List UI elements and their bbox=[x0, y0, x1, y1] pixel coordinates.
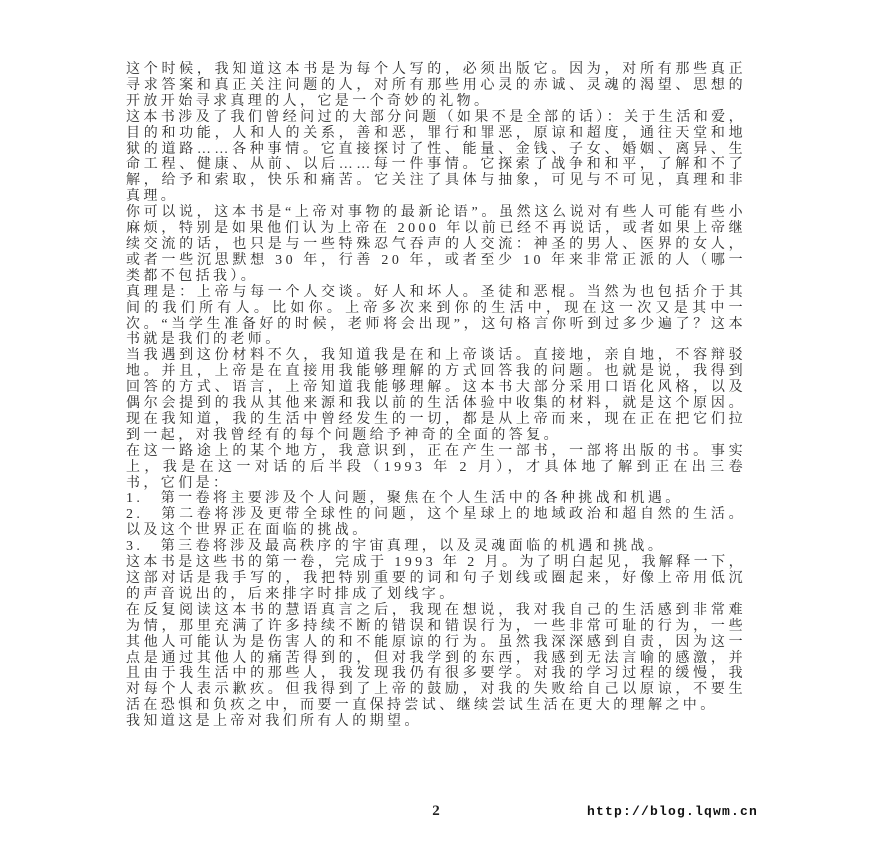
paragraph: 这个时候，我知道这本书是为每个人写的，必须出版它。因为，对所有那些真正寻求答案和… bbox=[126, 62, 746, 110]
page-number: 2 bbox=[424, 803, 448, 820]
document-page: 这个时候，我知道这本书是为每个人写的，必须出版它。因为，对所有那些真正寻求答案和… bbox=[0, 0, 870, 842]
paragraph: 在反复阅读这本书的慧语真言之后，我现在想说，我对我自己的生活感到非常难为情，那里… bbox=[126, 603, 746, 714]
body-text: 这个时候，我知道这本书是为每个人写的，必须出版它。因为，对所有那些真正寻求答案和… bbox=[126, 62, 746, 730]
paragraph: 2. 第二卷将涉及更带全球性的问题，这个星球上的地域政治和超自然的生活。以及这个… bbox=[126, 507, 746, 539]
paragraph: 真理是：上帝与每一个人交谈。好人和坏人。圣徒和恶棍。当然为也包括介于其间的我们所… bbox=[126, 285, 746, 349]
paragraph: 你可以说，这本书是“上帝对事物的最新论语”。虽然这么说对有些人可能有些小麻烦，特… bbox=[126, 205, 746, 285]
paragraph: 这本书涉及了我们曾经问过的大部分问题（如果不是全部的话）：关于生活和爱，目的和功… bbox=[126, 110, 746, 205]
paragraph: 我知道这是上帝对我们所有人的期望。 bbox=[126, 714, 746, 730]
footer-url-link[interactable]: http://blog.lqwm.cn bbox=[587, 804, 758, 819]
paragraph: 1. 第一卷将主要涉及个人问题，聚焦在个人生活中的各种挑战和机遇。 bbox=[126, 491, 746, 507]
paragraph: 这本书是这些书的第一卷，完成于 1993 年 2 月。为了明白起见，我解释一下，… bbox=[126, 555, 746, 603]
paragraph: 在这一路途上的某个地方，我意识到，正在产生一部书，一部将出版的书。事实上，我是在… bbox=[126, 444, 746, 492]
paragraph: 当我遇到这份材料不久，我知道我是在和上帝谈话。直接地，亲自地，不容辩驳地。并且，… bbox=[126, 348, 746, 443]
paragraph: 3. 第三卷将涉及最高秩序的宇宙真理，以及灵魂面临的机遇和挑战。 bbox=[126, 539, 746, 555]
page-footer: 2 http://blog.lqwm.cn bbox=[0, 803, 870, 825]
